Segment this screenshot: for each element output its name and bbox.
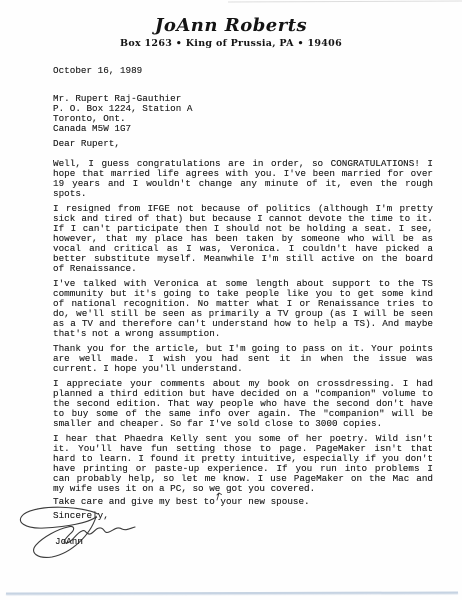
salutation: Dear Rupert, — [53, 139, 433, 149]
paragraph-veronica-ts-support: I've talked with Veronica at some length… — [53, 279, 433, 339]
text-line: 19 years and I wouldn't change any minut… — [53, 179, 433, 189]
stray-ink-cursor-artifact — [215, 488, 225, 498]
paragraph-pagemaker: I hear that Phaedra Kelly sent you some … — [53, 434, 433, 494]
text-line: that's not a wrong assumption. — [53, 329, 433, 339]
scan-bottom-edge-artifact — [6, 592, 458, 595]
letter-page: JoAnn Roberts Box 1263 • King of Prussia… — [0, 0, 462, 600]
letterhead-address: Box 1263 • King of Prussia, PA • 19406 — [0, 38, 462, 49]
letter-body: October 16, 1989 Mr. Rupert Raj-Gauthier… — [53, 66, 433, 521]
paragraph-article-pass: Thank you for the article, but I'm going… — [53, 344, 433, 374]
paragraph-book-companion: I appreciate your comments about my book… — [53, 379, 433, 429]
text-line: Canada M5W 1G7 — [53, 124, 433, 134]
text-line: smaller and cheaper. So far I've sold cl… — [53, 419, 433, 429]
typed-signature-name: JoAnn — [55, 537, 83, 547]
text-line: of Renaissance. — [53, 264, 433, 274]
letterhead-name: JoAnn Roberts — [0, 16, 462, 36]
recipient-address: Mr. Rupert Raj-GauthierP. O. Box 1224, S… — [53, 94, 433, 134]
text-line: my wife uses it on a PC, so we got you c… — [53, 484, 433, 494]
date-line: October 16, 1989 — [53, 66, 433, 76]
text-line: spots. — [53, 189, 433, 199]
text-line: current. I hope you'll understand. — [53, 364, 433, 374]
letterhead: JoAnn Roberts Box 1263 • King of Prussia… — [0, 16, 462, 49]
scan-top-edge-artifact — [228, 0, 462, 2]
handwritten-signature — [10, 502, 150, 562]
paragraph-ifge-resignation: I resigned from IFGE not because of poli… — [53, 204, 433, 274]
paragraph-congratulations: Well, I guess congratulations are in ord… — [53, 159, 433, 199]
stray-mark-icon — [215, 491, 225, 501]
